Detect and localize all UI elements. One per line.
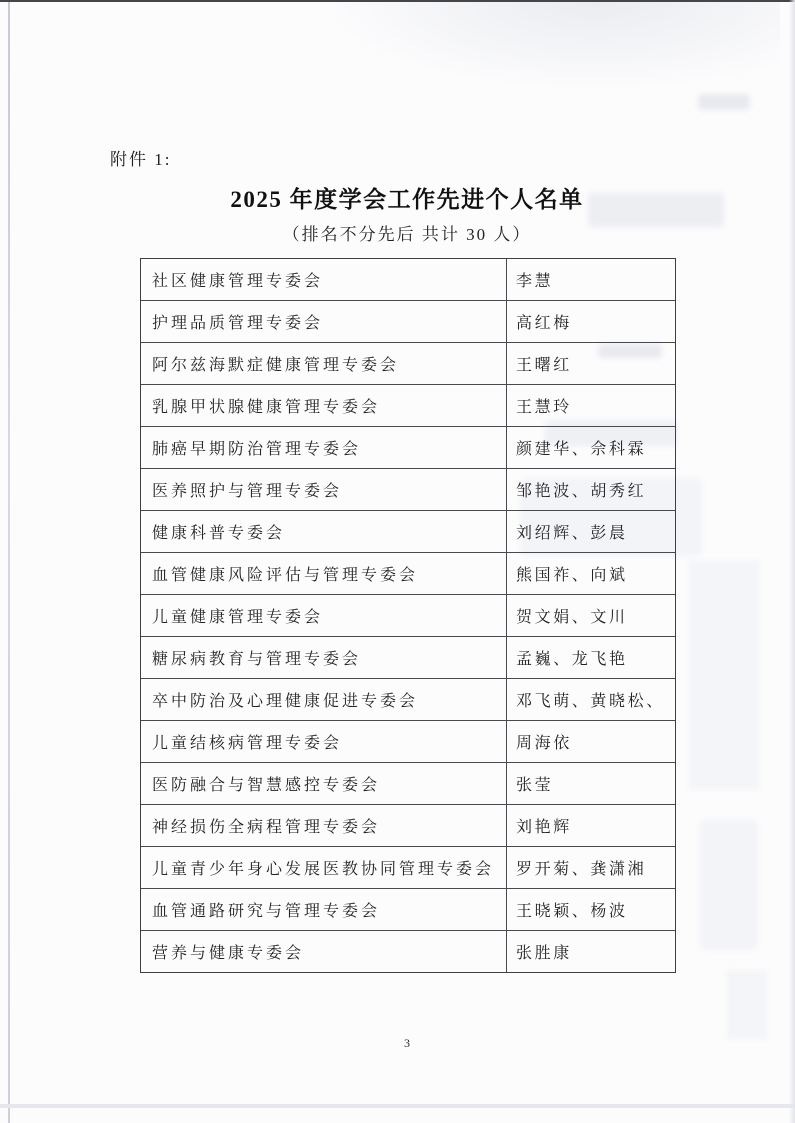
committee-cell: 阿尔兹海默症健康管理专委会	[141, 343, 507, 384]
scanned-document-page: 附件 1: 2025 年度学会工作先进个人名单 （排名不分先后 共计 30 人）…	[0, 0, 795, 1123]
table-row: 糖尿病教育与管理专委会 孟巍、龙飞艳	[141, 636, 675, 678]
names-cell: 孟巍、龙飞艳	[507, 637, 675, 678]
scan-left-edge	[8, 2, 10, 1123]
attachment-label: 附件 1:	[110, 145, 171, 170]
document-subtitle: （排名不分先后 共计 30 人）	[140, 220, 674, 245]
names-cell: 王晓颖、杨波	[507, 889, 675, 930]
table-row: 护理品质管理专委会 高红梅	[141, 300, 675, 342]
names-cell: 王慧玲	[507, 385, 675, 426]
awardees-table: 社区健康管理专委会 李慧 护理品质管理专委会 高红梅 阿尔兹海默症健康管理专委会…	[140, 258, 676, 973]
scan-bottom-edge	[0, 1104, 795, 1108]
committee-cell: 糖尿病教育与管理专委会	[141, 637, 507, 678]
table-row: 阿尔兹海默症健康管理专委会 王曙红	[141, 342, 675, 384]
committee-cell: 乳腺甲状腺健康管理专委会	[141, 385, 507, 426]
committee-cell: 医防融合与智慧感控专委会	[141, 763, 507, 804]
names-cell: 邓飞萌、黄晓松、	[507, 679, 675, 720]
bleedthrough-artifact	[698, 94, 750, 110]
names-cell: 张莹	[507, 763, 675, 804]
committee-cell: 营养与健康专委会	[141, 931, 507, 972]
bleedthrough-artifact	[700, 820, 758, 950]
table-row: 健康科普专委会 刘绍辉、彭晨	[141, 510, 675, 552]
names-cell: 高红梅	[507, 301, 675, 342]
committee-cell: 儿童健康管理专委会	[141, 595, 507, 636]
table-row: 神经损伤全病程管理专委会 刘艳辉	[141, 804, 675, 846]
committee-cell: 卒中防治及心理健康促进专委会	[141, 679, 507, 720]
table-row: 乳腺甲状腺健康管理专委会 王慧玲	[141, 384, 675, 426]
table-row: 儿童结核病管理专委会 周海依	[141, 720, 675, 762]
committee-cell: 儿童结核病管理专委会	[141, 721, 507, 762]
names-cell: 罗开菊、龚潇湘	[507, 847, 675, 888]
table-row: 社区健康管理专委会 李慧	[141, 259, 675, 300]
table-row: 营养与健康专委会 张胜康	[141, 930, 675, 972]
bleedthrough-artifact	[688, 560, 760, 790]
committee-cell: 护理品质管理专委会	[141, 301, 507, 342]
names-cell: 李慧	[507, 259, 675, 300]
names-cell: 张胜康	[507, 931, 675, 972]
committee-cell: 儿童青少年身心发展医教协同管理专委会	[141, 847, 507, 888]
table-row: 肺癌早期防治管理专委会 颜建华、佘科霖	[141, 426, 675, 468]
names-cell: 熊国祚、向斌	[507, 553, 675, 594]
table-row: 儿童健康管理专委会 贺文娟、文川	[141, 594, 675, 636]
committee-cell: 神经损伤全病程管理专委会	[141, 805, 507, 846]
names-cell: 周海依	[507, 721, 675, 762]
names-cell: 贺文娟、文川	[507, 595, 675, 636]
document-title: 2025 年度学会工作先进个人名单	[140, 181, 674, 214]
table-row: 儿童青少年身心发展医教协同管理专委会 罗开菊、龚潇湘	[141, 846, 675, 888]
committee-cell: 医养照护与管理专委会	[141, 469, 507, 510]
names-cell: 邹艳波、胡秀红	[507, 469, 675, 510]
table-row: 医养照护与管理专委会 邹艳波、胡秀红	[141, 468, 675, 510]
table-row: 血管健康风险评估与管理专委会 熊国祚、向斌	[141, 552, 675, 594]
names-cell: 颜建华、佘科霖	[507, 427, 675, 468]
scan-right-edge	[789, 0, 795, 1123]
table-row: 血管通路研究与管理专委会 王晓颖、杨波	[141, 888, 675, 930]
scan-shading	[320, 2, 780, 92]
table-row: 医防融合与智慧感控专委会 张莹	[141, 762, 675, 804]
committee-cell: 社区健康管理专委会	[141, 259, 507, 300]
committee-cell: 血管通路研究与管理专委会	[141, 889, 507, 930]
bleedthrough-artifact	[726, 970, 768, 1040]
table-row: 卒中防治及心理健康促进专委会 邓飞萌、黄晓松、	[141, 678, 675, 720]
names-cell: 刘绍辉、彭晨	[507, 511, 675, 552]
committee-cell: 健康科普专委会	[141, 511, 507, 552]
names-cell: 刘艳辉	[507, 805, 675, 846]
committee-cell: 肺癌早期防治管理专委会	[141, 427, 507, 468]
page-number: 3	[140, 1036, 674, 1051]
names-cell: 王曙红	[507, 343, 675, 384]
committee-cell: 血管健康风险评估与管理专委会	[141, 553, 507, 594]
